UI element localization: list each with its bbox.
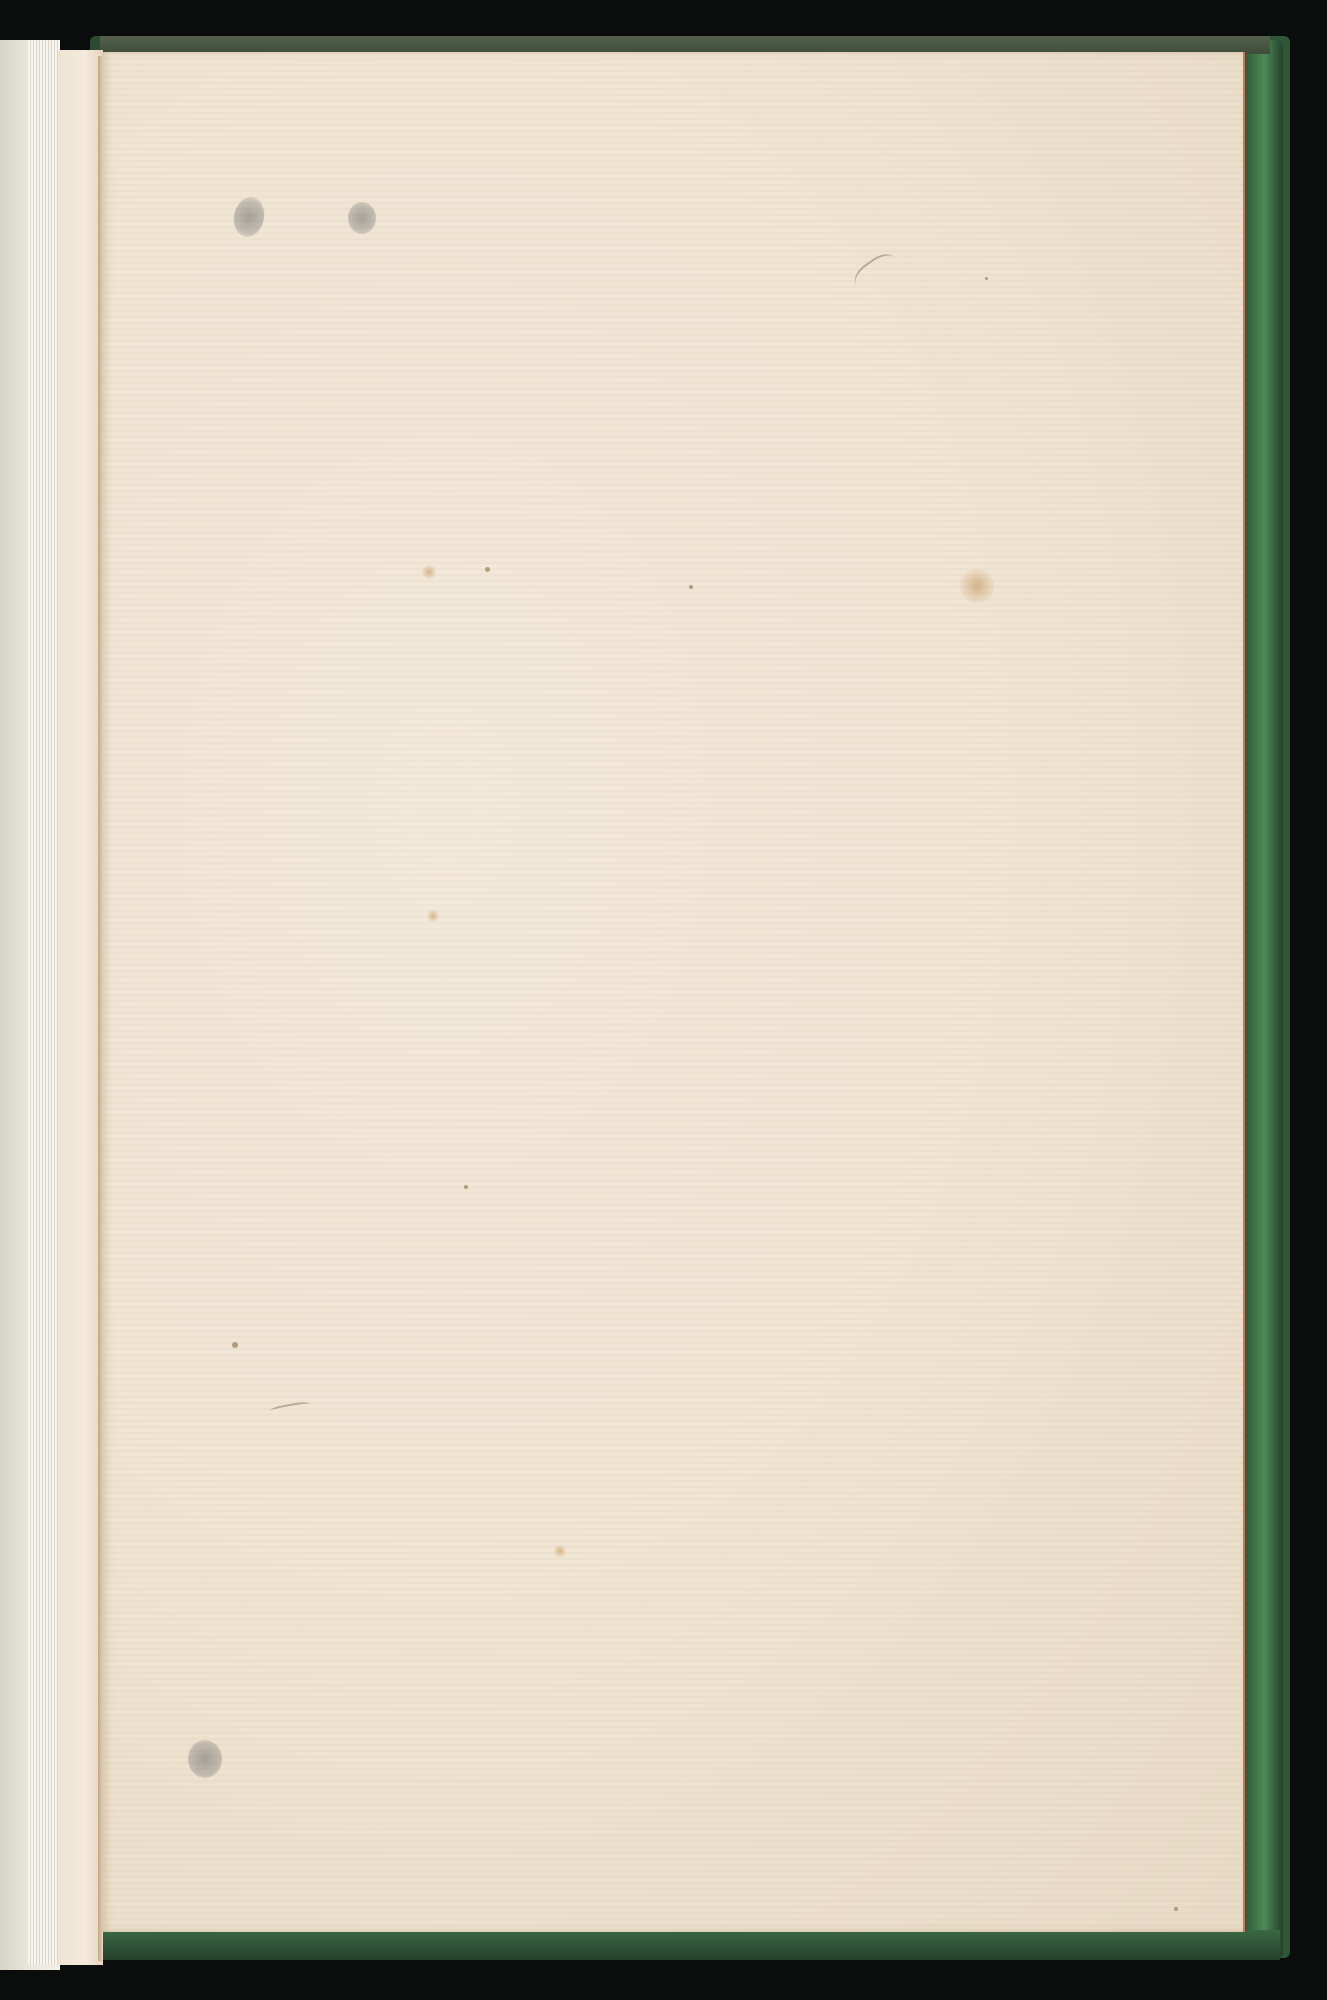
foxing-spot (427, 910, 439, 922)
page-edges (28, 40, 60, 1965)
paper-speck (464, 1185, 468, 1189)
foxing-spot (960, 569, 994, 603)
blank-endpaper (102, 52, 1245, 1932)
thumb-smudge-bottom-left (188, 1740, 222, 1778)
paper-speck (485, 567, 490, 572)
paper-fiber (270, 1401, 311, 1416)
cover-fore-edge (1245, 40, 1283, 1960)
cover-tail-edge (100, 1930, 1280, 1960)
foxing-spot (422, 565, 436, 579)
paper-speck (1174, 1907, 1178, 1911)
book-photograph (0, 0, 1327, 2000)
thumb-smudge-top-left (230, 194, 268, 239)
foxing-spot (554, 1545, 566, 1557)
paper-speck (689, 585, 693, 589)
gutter-leaf (58, 50, 103, 1965)
paper-fiber (849, 248, 907, 302)
thumb-smudge-top-center (348, 202, 376, 234)
paper-speck (985, 277, 988, 280)
paper-speck (232, 1342, 238, 1348)
